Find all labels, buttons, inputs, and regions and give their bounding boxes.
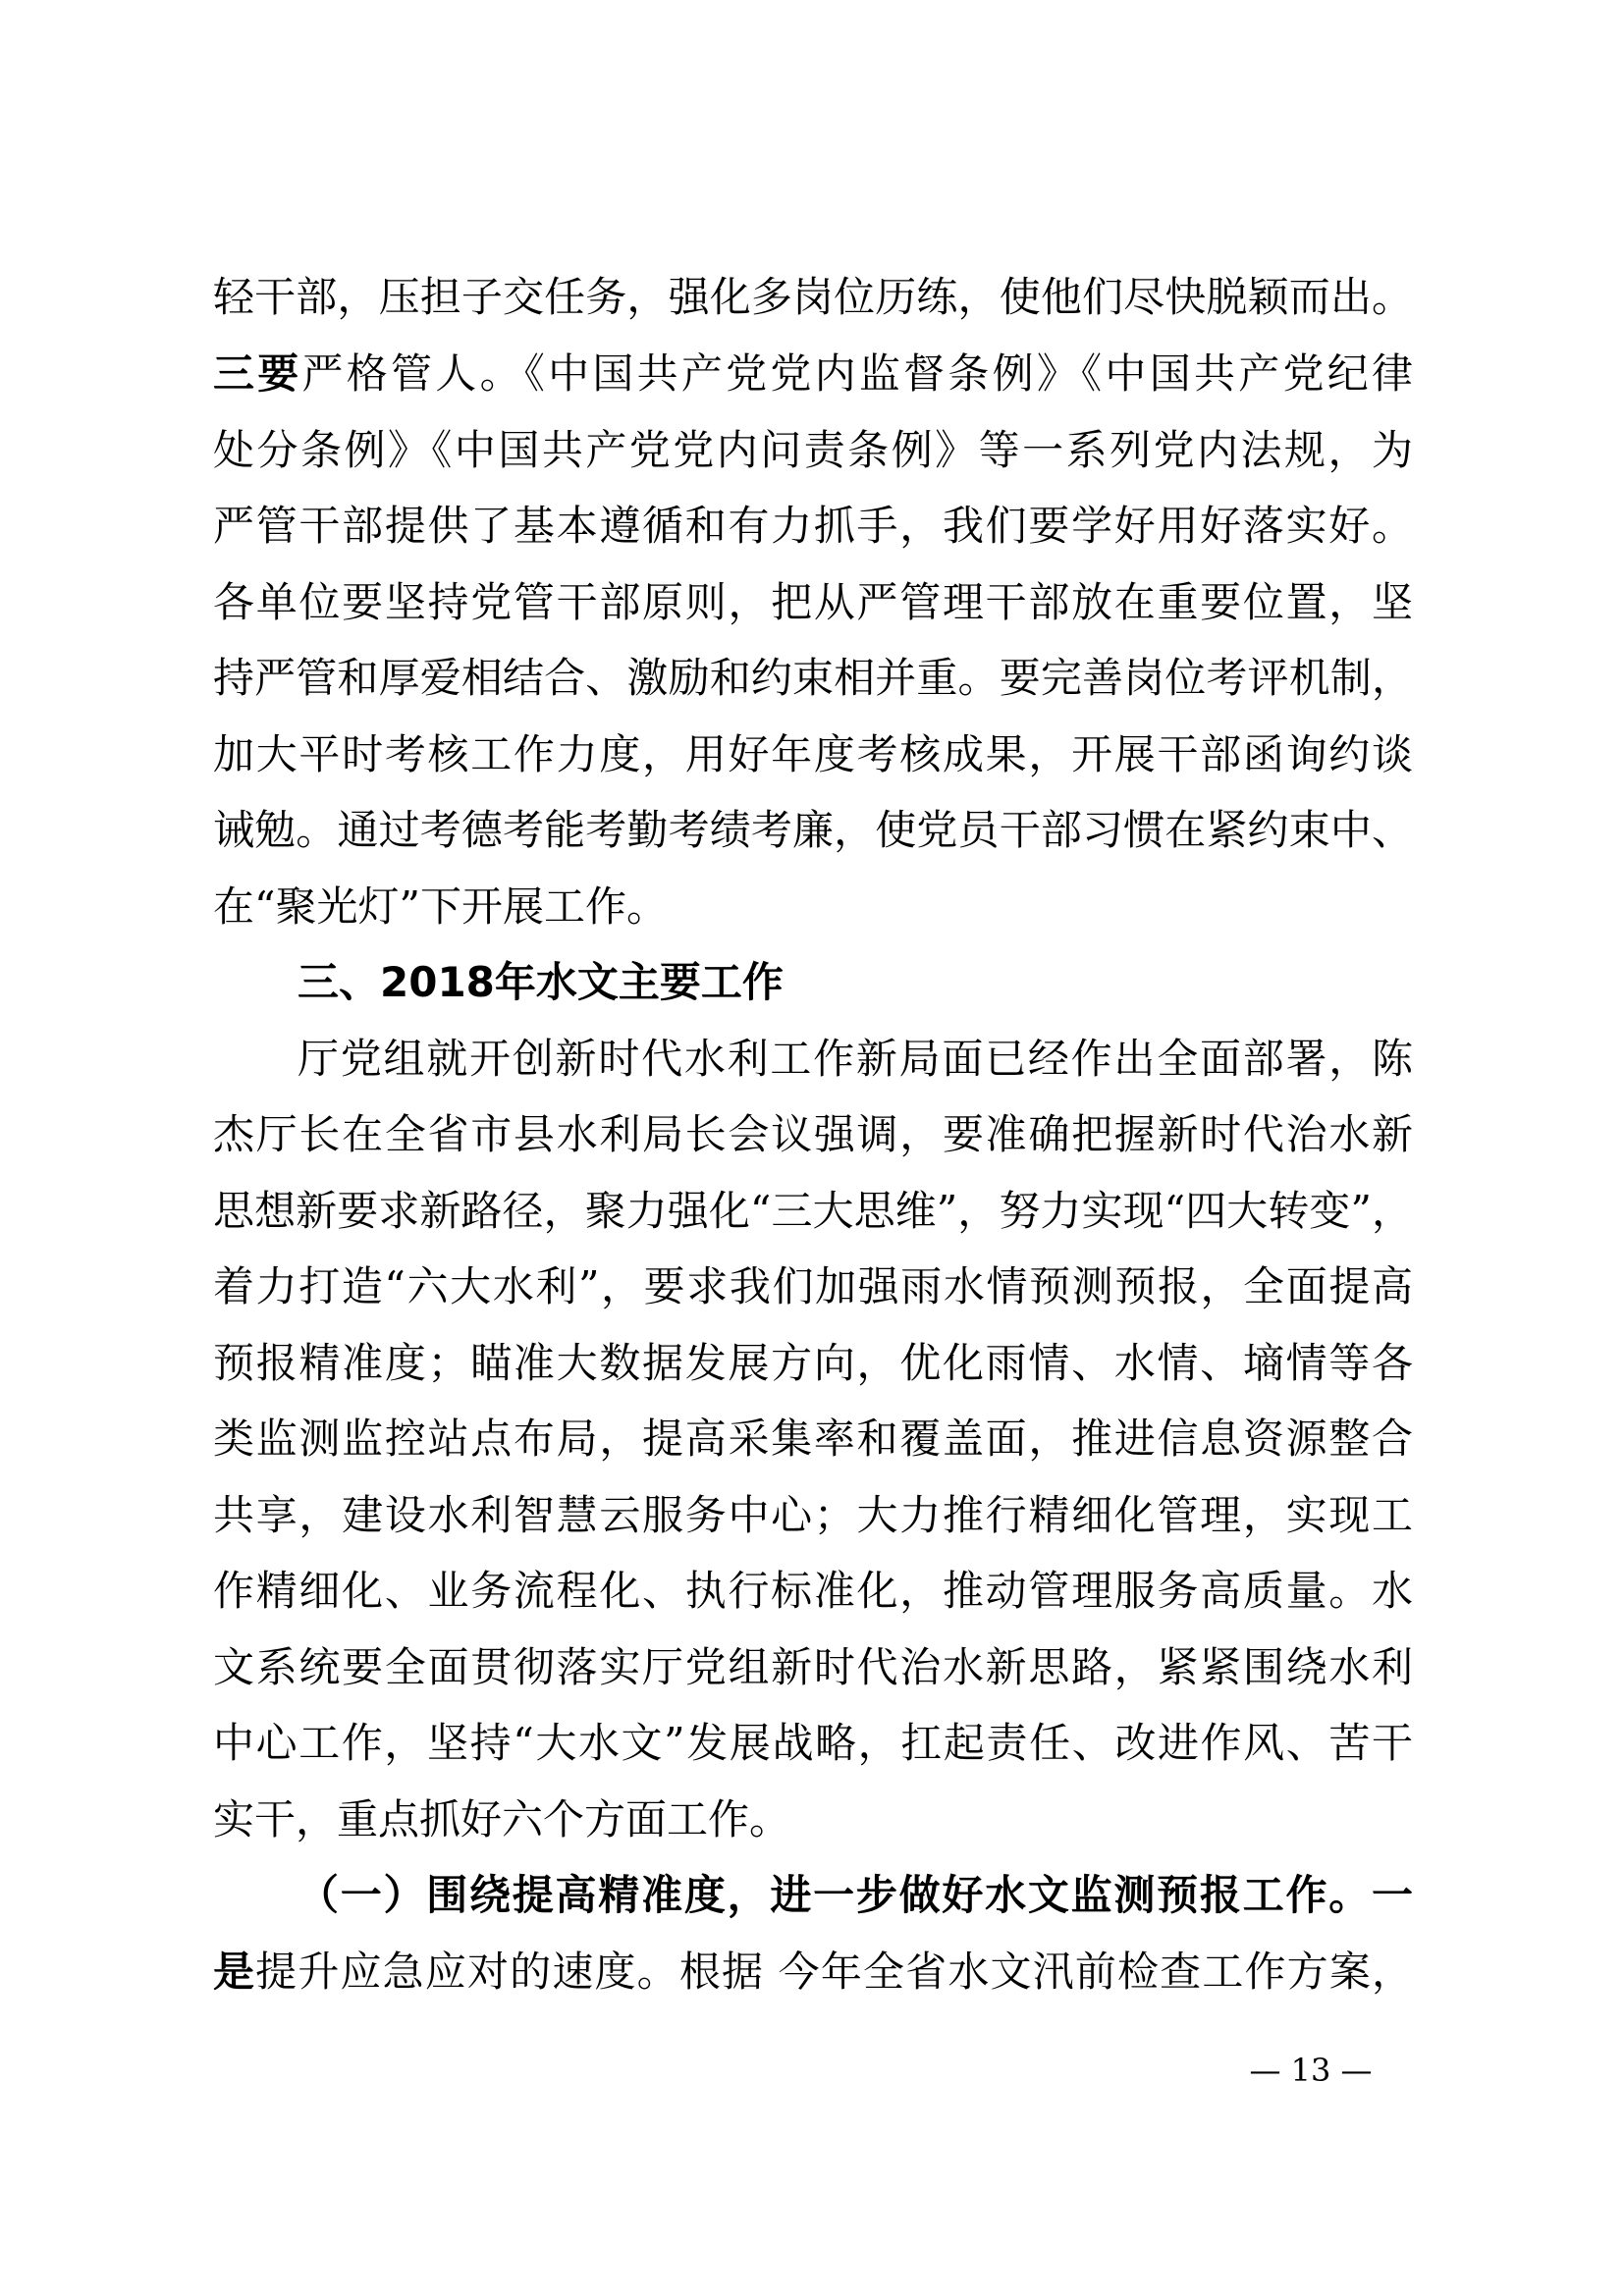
emphasis-lead: 一 xyxy=(1372,1871,1413,1919)
paragraph-line: 思想新要求新路径，聚力强化“三大思维”，努力实现“四大转变”， xyxy=(213,1189,1413,1234)
paragraph-line: 着力打造“六大水利”，要求我们加强雨水情预测预报，全面提高 xyxy=(213,1264,1413,1309)
emphasis-lead: 是 xyxy=(213,1948,255,1996)
paragraph-line: 厅党组就开创新时代水利工作新局面已经作出全面部署，陈 xyxy=(298,1037,1413,1082)
subsection-heading: （一）围绕提高精准度，进一步做好水文监测预报工作。 xyxy=(298,1871,1372,1919)
paragraph-line: 杰厅长在全省市县水利局长会议强调，要准确把握新时代治水新 xyxy=(213,1112,1413,1157)
subsection-heading-line: （一）围绕提高精准度，进一步做好水文监测预报工作。一 xyxy=(298,1873,1413,1918)
paragraph-line: 类监测监控站点布局，提高采集率和覆盖面，推进信息资源整合 xyxy=(213,1416,1413,1462)
paragraph-line: 中心工作，坚持“大水文”发展战略，扛起责任、改进作风、苦干 xyxy=(213,1721,1413,1766)
document-page: 轻干部，压担子交任务，强化多岗位历练，使他们尽快脱颖而出。 三要严格管人。《中国… xyxy=(0,0,1624,2296)
body-text: 提升应急应对的速度。根据 今年全省水文汛前检查工作方案， xyxy=(255,1948,1413,1996)
body-text: 严格管人。《中国共产党党内监督条例》《中国共产党纪律 xyxy=(302,349,1413,398)
body-line: 处分条例》《中国共产党党内问责条例》等一系列党内法规，为 xyxy=(213,428,1413,473)
paragraph-line: 实干，重点抓好六个方面工作。 xyxy=(213,1797,1413,1842)
body-line: 是提升应急应对的速度。根据 今年全省水文汛前检查工作方案， xyxy=(213,1949,1413,1995)
body-line: 各单位要坚持党管干部原则，把从严管理干部放在重要位置，坚 xyxy=(213,580,1413,625)
section-heading: 三、2018年水文主要工作 xyxy=(298,960,1413,1005)
body-line: 轻干部，压担子交任务，强化多岗位历练，使他们尽快脱颖而出。 xyxy=(213,275,1413,320)
paragraph-line: 文系统要全面贯彻落实厅党组新时代治水新思路，紧紧围绕水利 xyxy=(213,1645,1413,1690)
body-line: 三要严格管人。《中国共产党党内监督条例》《中国共产党纪律 xyxy=(213,351,1413,397)
body-line: 在“聚光灯”下开展工作。 xyxy=(213,884,1413,930)
body-line: 诫勉。通过考德考能考勤考绩考廉，使党员干部习惯在紧约束中、 xyxy=(213,808,1413,853)
emphasis-lead: 三要 xyxy=(213,349,302,398)
body-line: 持严管和厚爱相结合、激励和约束相并重。要完善岗位考评机制， xyxy=(213,656,1413,701)
body-line: 严管干部提供了基本遵循和有力抓手，我们要学好用好落实好。 xyxy=(213,504,1413,549)
body-line: 加大平时考核工作力度，用好年度考核成果，开展干部函询约谈 xyxy=(213,732,1413,777)
paragraph-line: 共享，建设水利智慧云服务中心；大力推行精细化管理，实现工 xyxy=(213,1493,1413,1538)
page-number: — 13 — xyxy=(1234,2054,1387,2087)
paragraph-line: 作精细化、业务流程化、执行标准化，推动管理服务高质量。水 xyxy=(213,1569,1413,1614)
paragraph-line: 预报精准度；瞄准大数据发展方向，优化雨情、水情、墒情等各 xyxy=(213,1341,1413,1386)
